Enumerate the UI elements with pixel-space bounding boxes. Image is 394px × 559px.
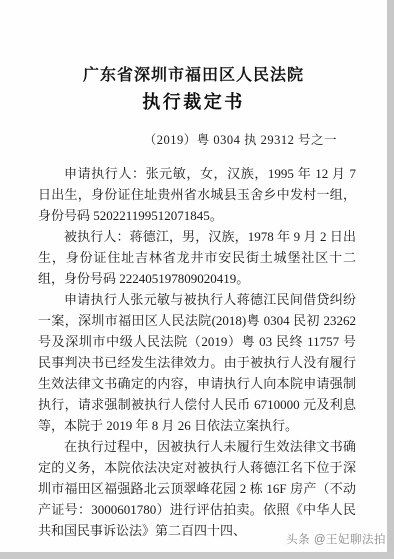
document-body: 申请执行人：张元敏，女，汉族，1995 年 12 月 7 日出生，身份证住址贵州…	[38, 163, 356, 541]
page-edge-bottom	[0, 552, 394, 559]
document-title: 执行裁定书	[0, 88, 387, 114]
paragraph-respondent: 被执行人：蒋德江，男，汉族，1978 年 9 月 2 日出生，身份证住址吉林省龙…	[38, 226, 356, 289]
document-page: 广东省深圳市福田区人民法院 执行裁定书 （2019）粤 0304 执 29312…	[0, 0, 394, 559]
ruling-document: 广东省深圳市福田区人民法院 执行裁定书 （2019）粤 0304 执 29312…	[0, 0, 387, 552]
case-number: （2019）粤 0304 执 29312 号之一	[0, 130, 387, 148]
paragraph-applicant: 申请执行人：张元敏，女，汉族，1995 年 12 月 7 日出生，身份证住址贵州…	[38, 163, 356, 226]
page-edge-right	[387, 0, 394, 559]
paragraph-execution-decision: 在执行过程中，因被执行人未履行生效法律文书确定的义务，本院依法决定对被执行人蒋德…	[38, 436, 356, 541]
toutiao-watermark: 头条 @王妃聊法拍	[286, 531, 386, 547]
paragraph-case-history: 申请执行人张元敏与被执行人蒋德江民间借贷纠纷一案，深圳市福田区人民法院(2018…	[38, 289, 356, 436]
court-name: 广东省深圳市福田区人民法院	[0, 62, 387, 85]
